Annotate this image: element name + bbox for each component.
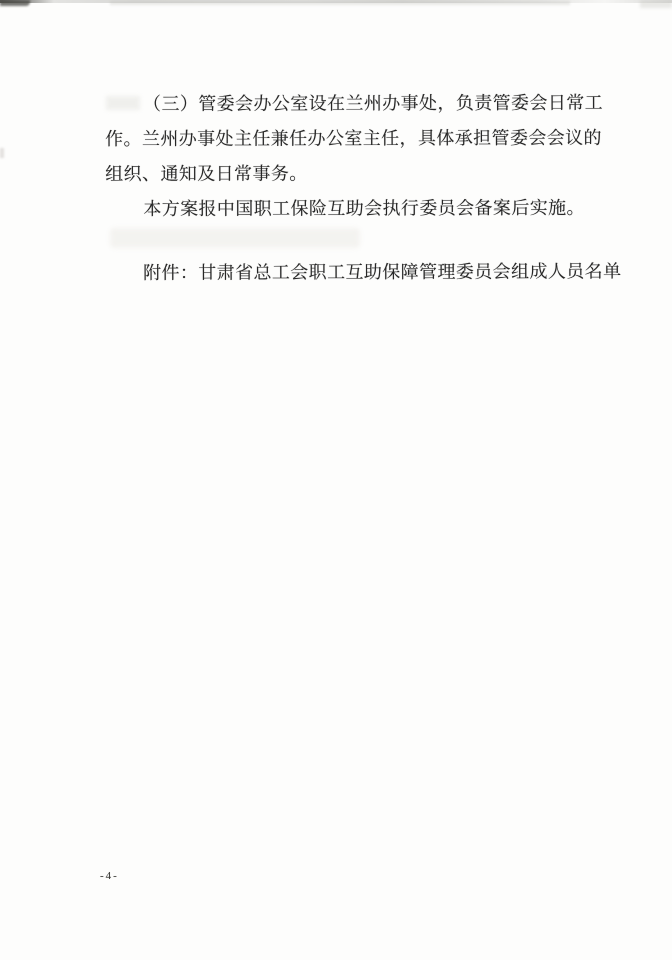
text-line: 组织、通知及日常事务。: [105, 156, 615, 192]
text-line: 附件：甘肃省总工会职工互助保障管理委员会组成人员名单: [105, 254, 645, 291]
document-body: （三）管委会办公室设在兰州办事处，负责管委会日常工 作。兰州办事处主任兼任办公室…: [105, 86, 615, 227]
attachment-note: 附件：甘肃省总工会职工互助保障管理委员会组成人员名单: [105, 254, 645, 291]
text-line: 作。兰州办事处主任兼任办公室主任，具体承担管委会会议的: [105, 121, 615, 157]
scan-artifact-top-right-speck: [640, 0, 672, 8]
paragraph-filing-note: 本方案报中国职工保险互助会执行委员会备案后实施。: [105, 191, 615, 227]
page-number: -4-: [100, 870, 119, 882]
scan-artifact-ghost-text: [110, 228, 360, 248]
paragraph-section-3: （三）管委会办公室设在兰州办事处，负责管委会日常工 作。兰州办事处主任兼任办公室…: [105, 86, 615, 192]
document-page: （三）管委会办公室设在兰州办事处，负责管委会日常工 作。兰州办事处主任兼任办公室…: [0, 0, 672, 960]
text-line: （三）管委会办公室设在兰州办事处，负责管委会日常工: [105, 86, 615, 122]
scan-artifact-top-middle: [110, 1, 570, 5]
scan-artifact-top-edge: [0, 0, 672, 3]
scan-artifact-left-edge-speck: [0, 148, 4, 158]
text-line: 本方案报中国职工保险互助会执行委员会备案后实施。: [105, 191, 615, 227]
scan-artifact-top-left-blob: [0, 0, 30, 6]
